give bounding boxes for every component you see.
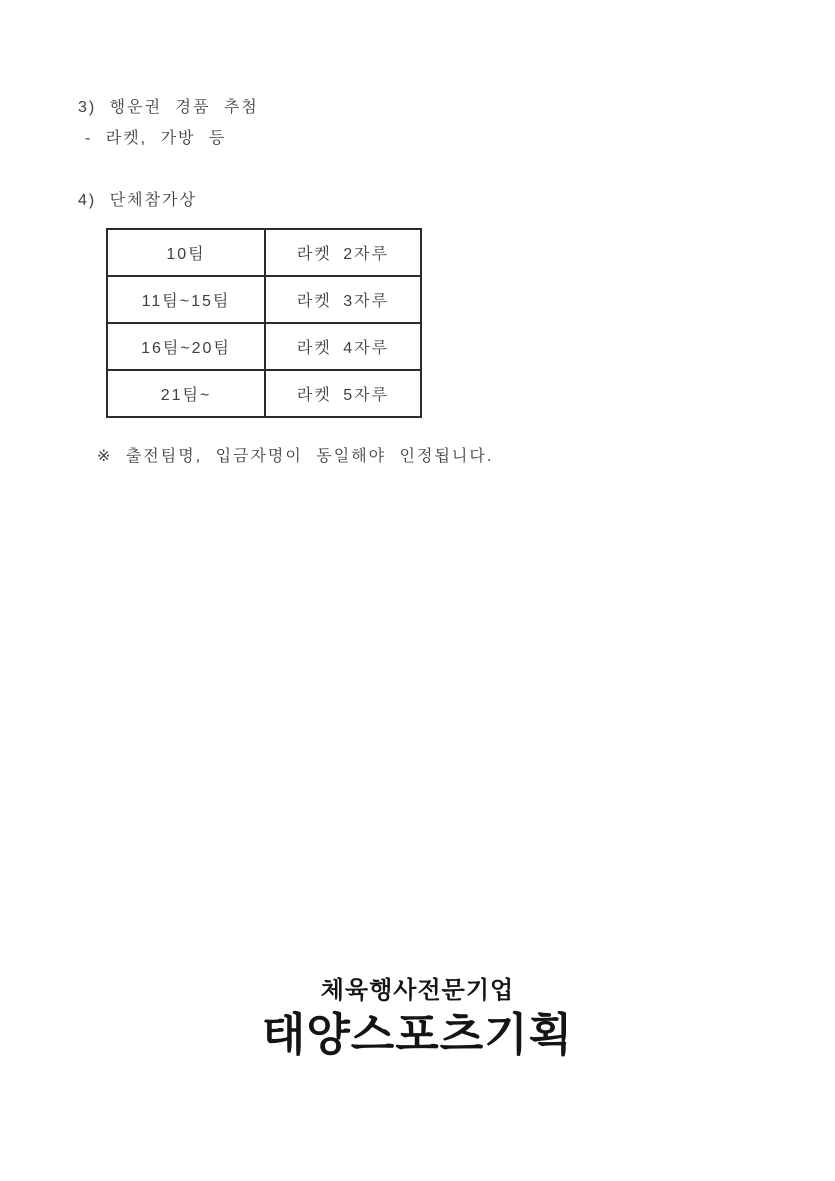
table-row: 11팀~15팀 라켓 3자루 [107,276,421,323]
table-row: 21팀~ 라켓 5자루 [107,370,421,417]
document-page: 3) 행운권 경품 추첨 - 라켓, 가방 등 4) 단체참가상 10팀 라켓 … [0,0,835,1181]
footer-company-name: 태양스포츠기획 [0,1012,835,1057]
table-row: 10팀 라켓 2자루 [107,229,421,276]
prize-cell: 라켓 3자루 [265,276,421,323]
team-count-cell: 21팀~ [107,370,265,417]
team-count-cell: 16팀~20팀 [107,323,265,370]
prize-table-body: 10팀 라켓 2자루 11팀~15팀 라켓 3자루 16팀~20팀 라켓 4자루… [107,229,421,417]
team-count-cell: 10팀 [107,229,265,276]
team-count-cell: 11팀~15팀 [107,276,265,323]
footer-tagline: 체육행사전문기업 [0,979,835,1003]
prize-cell: 라켓 5자루 [265,370,421,417]
group-participation-prize-table: 10팀 라켓 2자루 11팀~15팀 라켓 3자루 16팀~20팀 라켓 4자루… [106,228,422,418]
note: ※ 출전팀명, 입금자명이 동일해야 인정됩니다. [97,448,493,466]
section-4-heading: 4) 단체참가상 [78,192,197,210]
section-3-item: - 라켓, 가방 등 [85,130,226,148]
footer-logo: 체육행사전문기업 태양스포츠기획 [0,979,835,1057]
prize-cell: 라켓 4자루 [265,323,421,370]
table-row: 16팀~20팀 라켓 4자루 [107,323,421,370]
section-3-heading: 3) 행운권 경품 추첨 [78,99,259,117]
prize-cell: 라켓 2자루 [265,229,421,276]
